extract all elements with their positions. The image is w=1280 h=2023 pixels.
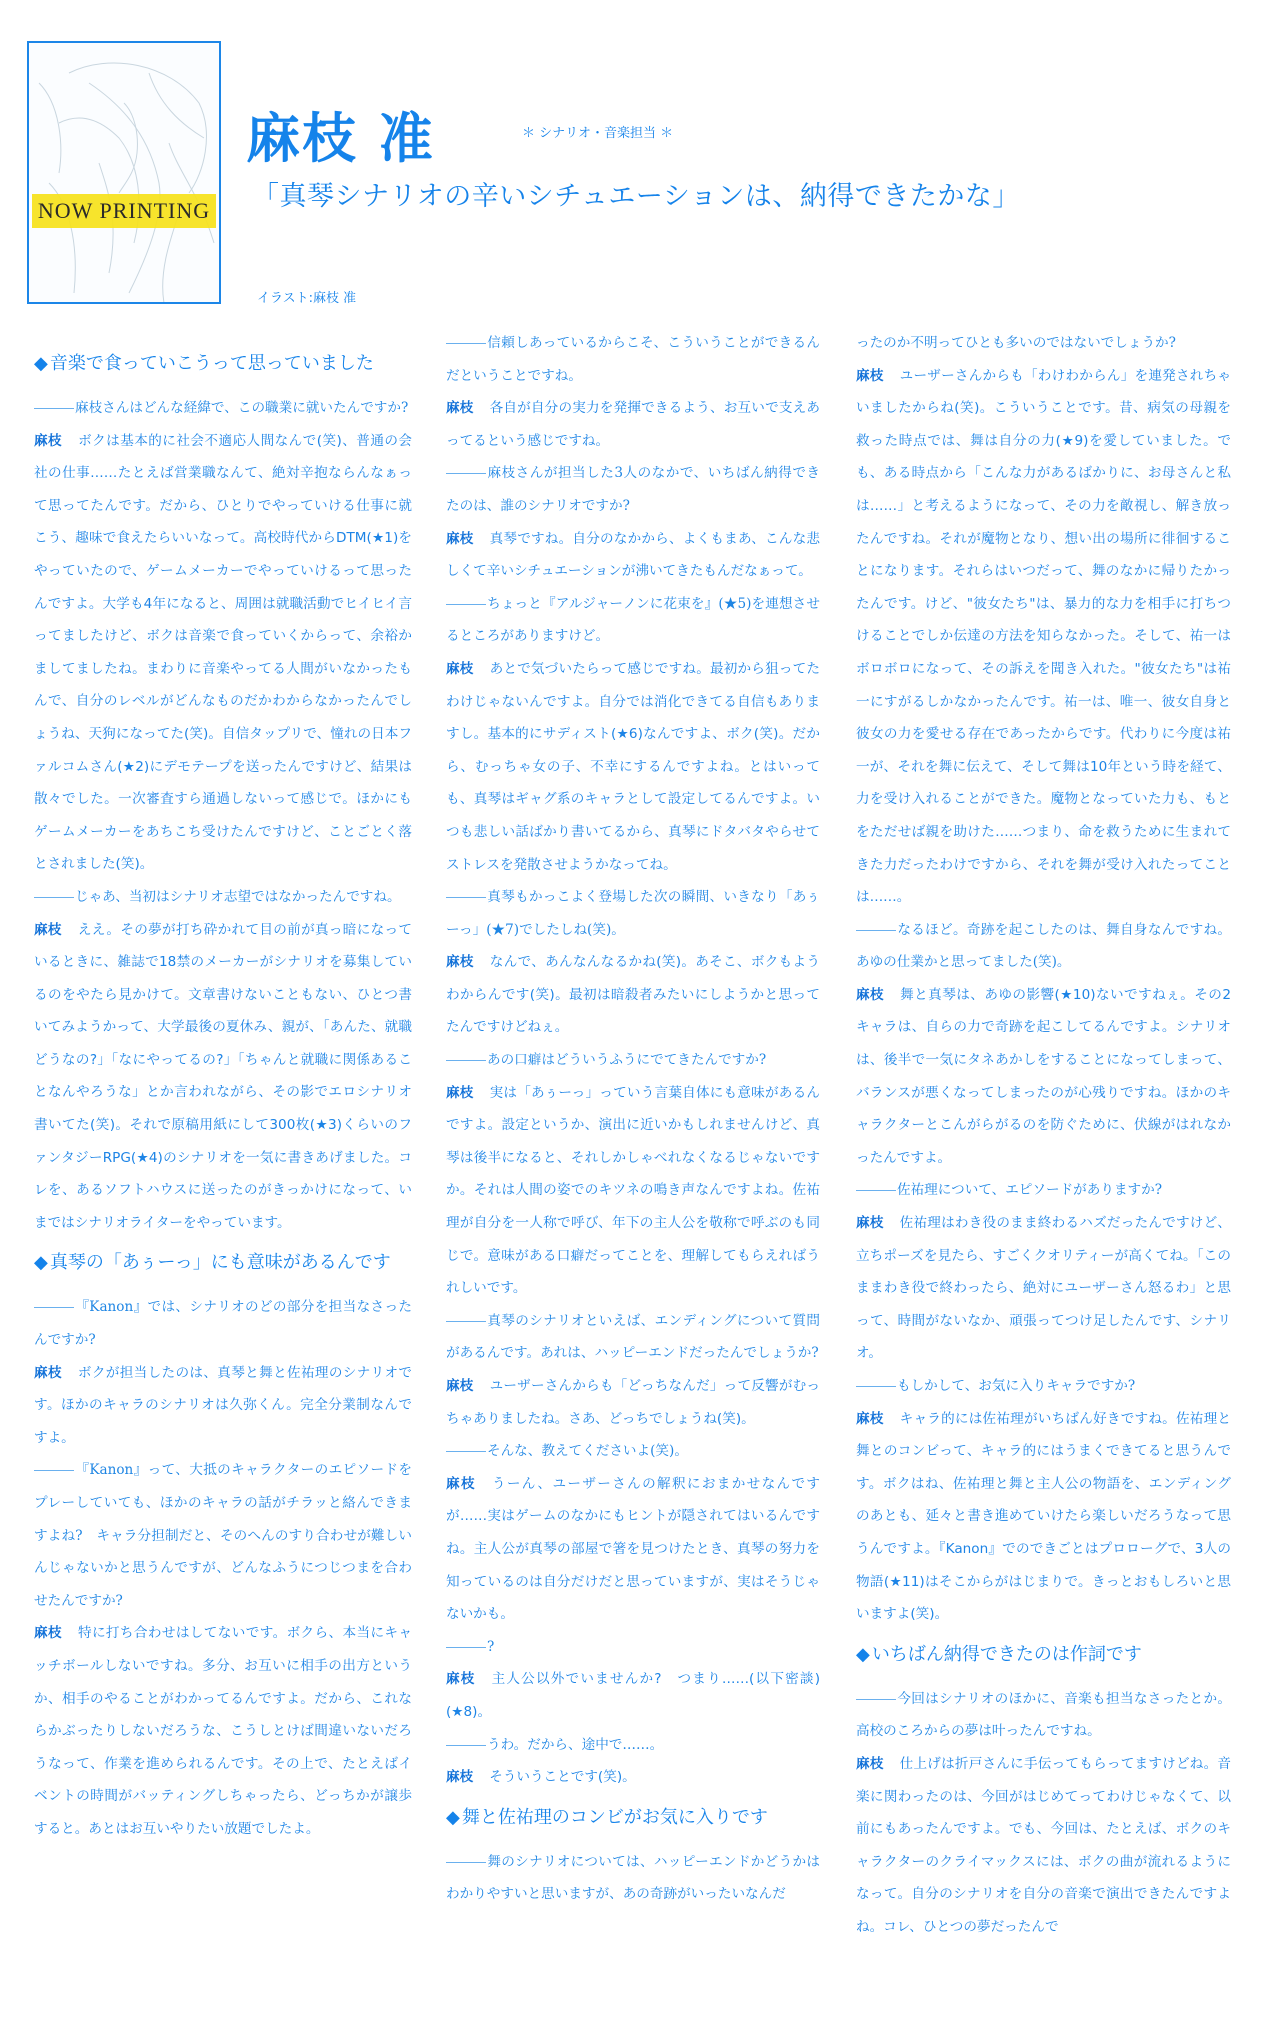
illustration-frame: NOW PRINTING bbox=[27, 41, 221, 304]
question-text: そんな、教えてくださいよ(笑)。 bbox=[487, 1443, 688, 1459]
speaker-label: 麻枝 bbox=[856, 987, 884, 1003]
question-text: 今回はシナリオのほかに、音楽も担当なさったとか。高校のころからの夢は叶ったんです… bbox=[856, 1691, 1231, 1740]
answer-text: ユーザーさんからも「わけわからん」を連発されちゃいましたからね(笑)。こういうこ… bbox=[856, 368, 1231, 906]
interviewee-answer: 麻枝ユーザーさんからも「どっちなんだ」って反響がむっちゃありましたね。さあ、どっ… bbox=[446, 1370, 820, 1435]
interviewer-question: あの口癖はどういうふうにでてきたんですか? bbox=[446, 1044, 820, 1077]
diamond-bullet-icon: ◆ bbox=[446, 1807, 460, 1828]
answer-text: 各自が自分の実力を発揮できるよう、お互いで支えあってるという感じですね。 bbox=[446, 400, 820, 449]
interviewee-answer: 麻枝舞と真琴は、あゆの影響(★10)ないですねぇ。その2キャラは、自らの力で奇跡… bbox=[856, 979, 1231, 1175]
interviewer-question: 真琴もかっこよく登場した次の瞬間、いきなり「あぅーっ」(★7)でしたしね(笑)。 bbox=[446, 881, 820, 946]
speaker-label: 麻枝 bbox=[446, 954, 474, 970]
question-text: 舞のシナリオについては、ハッピーエンドかどうかはわかりやすいと思いますが、あの奇… bbox=[446, 1854, 820, 1903]
interviewee-answer: 麻枝特に打ち合わせはしてないです。ボクら、本当にキャッチボールしないですね。多分… bbox=[34, 1617, 412, 1845]
article-column-2: 信頼しあっているからこそ、こういうことができるんだということですね。麻枝各自が自… bbox=[446, 327, 820, 1911]
article-column-1: ◆音楽で食っていこうって思っていました麻枝さんはどんな経緯で、この職業に就いたん… bbox=[34, 340, 412, 1846]
answer-text: なんで、あんなんなるかね(笑)。あそこ、ボクもようわからんです(笑)。最初は暗殺… bbox=[446, 954, 820, 1035]
diamond-bullet-icon: ◆ bbox=[856, 1644, 870, 1665]
interviewer-question: ったのか不明ってひとも多いのではないでしょうか? bbox=[856, 327, 1231, 360]
em-dash-rule bbox=[446, 1321, 486, 1322]
em-dash-rule bbox=[856, 1386, 896, 1387]
question-text: 真琴のシナリオといえば、エンディングについて質問があるんです。あれは、ハッピーエ… bbox=[446, 1313, 820, 1362]
speaker-label: 麻枝 bbox=[446, 661, 474, 677]
interviewer-question: じゃあ、当初はシナリオ志望ではなかったんですね。 bbox=[34, 881, 412, 914]
interviewee-answer: 麻枝ええ。その夢が打ち砕かれて目の前が真っ暗になっているときに、雑誌で18禁のメ… bbox=[34, 914, 412, 1240]
em-dash-rule bbox=[446, 1451, 486, 1452]
interviewee-answer: 麻枝真琴ですね。自分のなかから、よくもまあ、こんな悲しくて辛いシチュエーションが… bbox=[446, 523, 820, 588]
author-name: 麻枝 准 bbox=[246, 96, 435, 173]
question-text: ? bbox=[487, 1639, 494, 1655]
interviewer-question: 舞のシナリオについては、ハッピーエンドかどうかはわかりやすいと思いますが、あの奇… bbox=[446, 1846, 820, 1911]
speaker-label: 麻枝 bbox=[446, 1476, 476, 1492]
interviewer-question: なるほど。奇跡を起こしたのは、舞自身なんですね。あゆの仕業かと思ってました(笑)… bbox=[856, 914, 1231, 979]
section-heading: ◆音楽で食っていこうって思っていました bbox=[34, 340, 412, 392]
speaker-label: 麻枝 bbox=[34, 1365, 62, 1381]
answer-text: 真琴ですね。自分のなかから、よくもまあ、こんな悲しくて辛いシチュエーションが沸い… bbox=[446, 531, 820, 580]
speaker-label: 麻枝 bbox=[34, 922, 62, 938]
interviewee-answer: 麻枝そういうことです(笑)。 bbox=[446, 1761, 820, 1794]
question-text: ちょっと『アルジャーノンに花束を』(★5)を連想させるところがありますけど。 bbox=[446, 596, 820, 645]
question-text: うわ。だから、途中で……。 bbox=[487, 1737, 663, 1753]
interviewee-answer: 麻枝ボクは基本的に社会不適応人間なんで(笑)、普通の会社の仕事……たとえば営業職… bbox=[34, 425, 412, 881]
interviewer-question: そんな、教えてくださいよ(笑)。 bbox=[446, 1435, 820, 1468]
interviewee-answer: 麻枝各自が自分の実力を発揮できるよう、お互いで支えあってるという感じですね。 bbox=[446, 392, 820, 457]
em-dash-rule bbox=[856, 1190, 896, 1191]
diamond-bullet-icon: ◆ bbox=[34, 1252, 48, 1273]
question-text: じゃあ、当初はシナリオ志望ではなかったんですね。 bbox=[75, 889, 401, 905]
interviewer-question: うわ。だから、途中で……。 bbox=[446, 1729, 820, 1762]
answer-text: うーん、ユーザーさんの解釈におまかせなんですが……実はゲームのなかにもヒントが隠… bbox=[446, 1476, 820, 1622]
answer-text: 佐祐理はわき役のまま終わるハズだったんですけど、立ちポーズを見たら、すごくクオリ… bbox=[856, 1215, 1231, 1361]
em-dash-rule bbox=[446, 343, 486, 344]
interviewer-question: 麻枝さんはどんな経緯で、この職業に就いたんですか? bbox=[34, 392, 412, 425]
em-dash-rule bbox=[856, 930, 896, 931]
interviewer-question: 信頼しあっているからこそ、こういうことができるんだということですね。 bbox=[446, 327, 820, 392]
question-text: 信頼しあっているからこそ、こういうことができるんだということですね。 bbox=[446, 335, 820, 384]
author-role: ＊ シナリオ・音楽担当 ＊ bbox=[522, 122, 673, 141]
em-dash-rule bbox=[856, 1699, 896, 1700]
speaker-label: 麻枝 bbox=[856, 1756, 884, 1772]
interviewee-answer: 麻枝キャラ的には佐祐理がいちばん好きですね。佐祐理と舞とのコンビって、キャラ的に… bbox=[856, 1403, 1231, 1631]
answer-text: そういうことです(笑)。 bbox=[489, 1769, 636, 1785]
interviewee-answer: 麻枝あとで気づいたらって感じですね。最初から狙ってたわけじゃないんですよ。自分で… bbox=[446, 653, 820, 881]
interviewee-answer: 麻枝なんで、あんなんなるかね(笑)。あそこ、ボクもようわからんです(笑)。最初は… bbox=[446, 946, 820, 1044]
speaker-label: 麻枝 bbox=[34, 1625, 62, 1641]
em-dash-rule bbox=[446, 1745, 486, 1746]
answer-text: ええ。その夢が打ち砕かれて目の前が真っ暗になっているときに、雑誌で18禁のメーカ… bbox=[34, 922, 412, 1231]
question-text: なるほど。奇跡を起こしたのは、舞自身なんですね。あゆの仕業かと思ってました(笑)… bbox=[856, 922, 1231, 971]
speaker-label: 麻枝 bbox=[856, 1215, 884, 1231]
section-heading: ◆真琴の「あぅーっ」にも意味があるんです bbox=[34, 1239, 412, 1291]
question-text: 真琴もかっこよく登場した次の瞬間、いきなり「あぅーっ」(★7)でしたしね(笑)。 bbox=[446, 889, 820, 938]
interviewer-question: ちょっと『アルジャーノンに花束を』(★5)を連想させるところがありますけど。 bbox=[446, 588, 820, 653]
interviewee-answer: 麻枝うーん、ユーザーさんの解釈におまかせなんですが……実はゲームのなかにもヒント… bbox=[446, 1468, 820, 1631]
interviewer-question: 今回はシナリオのほかに、音楽も担当なさったとか。高校のころからの夢は叶ったんです… bbox=[856, 1683, 1231, 1748]
em-dash-rule bbox=[34, 897, 74, 898]
section-heading: ◆舞と佐祐理のコンビがお気に入りです bbox=[446, 1794, 820, 1846]
speaker-label: 麻枝 bbox=[446, 400, 474, 416]
diamond-bullet-icon: ◆ bbox=[34, 353, 48, 374]
now-printing-label: NOW PRINTING bbox=[29, 198, 219, 224]
question-text: 『Kanon』では、シナリオのどの部分を担当なさったんですか? bbox=[34, 1299, 412, 1348]
speaker-label: 麻枝 bbox=[446, 1085, 474, 1101]
speaker-label: 麻枝 bbox=[856, 1411, 884, 1427]
question-text: 麻枝さんはどんな経緯で、この職業に就いたんですか? bbox=[75, 400, 408, 416]
answer-text: 実は「あぅーっ」っていう言葉自体にも意味があるんですよ。設定というか、演出に近い… bbox=[446, 1085, 820, 1297]
speaker-label: 麻枝 bbox=[446, 531, 474, 547]
em-dash-rule bbox=[446, 604, 486, 605]
interviewer-question: 麻枝さんが担当した3人のなかで、いちばん納得できたのは、誰のシナリオですか? bbox=[446, 457, 820, 522]
em-dash-rule bbox=[34, 408, 74, 409]
answer-text: 仕上げは折戸さんに手伝ってもらってますけどね。音楽に関わったのは、今回がはじめて… bbox=[856, 1756, 1231, 1935]
interviewee-answer: 麻枝ボクが担当したのは、真琴と舞と佐祐理のシナリオです。ほかのキャラのシナリオは… bbox=[34, 1357, 412, 1455]
question-text: あの口癖はどういうふうにでてきたんですか? bbox=[487, 1052, 766, 1068]
answer-text: ユーザーさんからも「どっちなんだ」って反響がむっちゃありましたね。さあ、どっちで… bbox=[446, 1378, 820, 1427]
interviewee-answer: 麻枝主人公以外でいませんか? つまり……(以下密談)(★8)。 bbox=[446, 1663, 820, 1728]
question-text: ったのか不明ってひとも多いのではないでしょうか? bbox=[856, 335, 1176, 351]
speaker-label: 麻枝 bbox=[34, 433, 62, 449]
section-heading-text: 舞と佐祐理のコンビがお気に入りです bbox=[462, 1807, 768, 1828]
answer-text: ボクは基本的に社会不適応人間なんで(笑)、普通の会社の仕事……たとえば営業職なん… bbox=[34, 433, 412, 873]
interviewer-question: ? bbox=[446, 1631, 820, 1664]
interviewee-answer: 麻枝ユーザーさんからも「わけわからん」を連発されちゃいましたからね(笑)。こうい… bbox=[856, 360, 1231, 914]
answer-text: 主人公以外でいませんか? つまり……(以下密談)(★8)。 bbox=[446, 1671, 820, 1720]
question-text: もしかして、お気に入りキャラですか? bbox=[897, 1378, 1135, 1394]
em-dash-rule bbox=[446, 897, 486, 898]
section-heading: ◆いちばん納得できたのは作詞です bbox=[856, 1631, 1231, 1683]
em-dash-rule bbox=[34, 1470, 74, 1471]
interviewee-answer: 麻枝実は「あぅーっ」っていう言葉自体にも意味があるんですよ。設定というか、演出に… bbox=[446, 1077, 820, 1305]
section-heading-text: いちばん納得できたのは作詞です bbox=[872, 1644, 1142, 1665]
speaker-label: 麻枝 bbox=[856, 368, 884, 384]
question-text: 『Kanon』って、大抵のキャラクターのエピソードをプレーしていても、ほかのキャ… bbox=[34, 1462, 412, 1608]
interviewer-question: もしかして、お気に入りキャラですか? bbox=[856, 1370, 1231, 1403]
speaker-label: 麻枝 bbox=[446, 1769, 473, 1785]
question-text: 麻枝さんが担当した3人のなかで、いちばん納得できたのは、誰のシナリオですか? bbox=[446, 465, 820, 514]
em-dash-rule bbox=[446, 1060, 486, 1061]
interviewee-answer: 麻枝仕上げは折戸さんに手伝ってもらってますけどね。音楽に関わったのは、今回がはじ… bbox=[856, 1748, 1231, 1944]
answer-text: 舞と真琴は、あゆの影響(★10)ないですねぇ。その2キャラは、自らの力で奇跡を起… bbox=[856, 987, 1231, 1166]
answer-text: キャラ的には佐祐理がいちばん好きですね。佐祐理と舞とのコンビって、キャラ的にはう… bbox=[856, 1411, 1231, 1623]
article-column-3: ったのか不明ってひとも多いのではないでしょうか?麻枝ユーザーさんからも「わけわか… bbox=[856, 327, 1231, 1944]
answer-text: ボクが担当したのは、真琴と舞と佐祐理のシナリオです。ほかのキャラのシナリオは久弥… bbox=[34, 1365, 412, 1446]
interviewer-question: 佐祐理について、エピソードがありますか? bbox=[856, 1174, 1231, 1207]
headline-quote: 「真琴シナリオの辛いシチュエーションは、納得できたかな」 bbox=[252, 174, 1020, 213]
answer-text: あとで気づいたらって感じですね。最初から狙ってたわけじゃないんですよ。自分では消… bbox=[446, 661, 820, 873]
answer-text: 特に打ち合わせはしてないです。ボクら、本当にキャッチボールしないですね。多分、お… bbox=[34, 1625, 412, 1837]
speaker-label: 麻枝 bbox=[446, 1378, 474, 1394]
question-text: 佐祐理について、エピソードがありますか? bbox=[897, 1182, 1162, 1198]
interviewer-question: 『Kanon』って、大抵のキャラクターのエピソードをプレーしていても、ほかのキャ… bbox=[34, 1454, 412, 1617]
em-dash-rule bbox=[446, 473, 486, 474]
interviewer-question: 『Kanon』では、シナリオのどの部分を担当なさったんですか? bbox=[34, 1291, 412, 1356]
em-dash-rule bbox=[446, 1862, 486, 1863]
em-dash-rule bbox=[446, 1647, 486, 1648]
speaker-label: 麻枝 bbox=[446, 1671, 476, 1687]
section-heading-text: 真琴の「あぅーっ」にも意味があるんです bbox=[50, 1252, 391, 1273]
section-heading-text: 音楽で食っていこうって思っていました bbox=[50, 353, 374, 374]
interviewer-question: 真琴のシナリオといえば、エンディングについて質問があるんです。あれは、ハッピーエ… bbox=[446, 1305, 820, 1370]
sketch-illustration bbox=[29, 43, 221, 304]
interviewee-answer: 麻枝佐祐理はわき役のまま終わるハズだったんですけど、立ちポーズを見たら、すごくク… bbox=[856, 1207, 1231, 1370]
em-dash-rule bbox=[34, 1307, 74, 1308]
illustration-credit: イラスト:麻枝 准 bbox=[257, 287, 356, 306]
